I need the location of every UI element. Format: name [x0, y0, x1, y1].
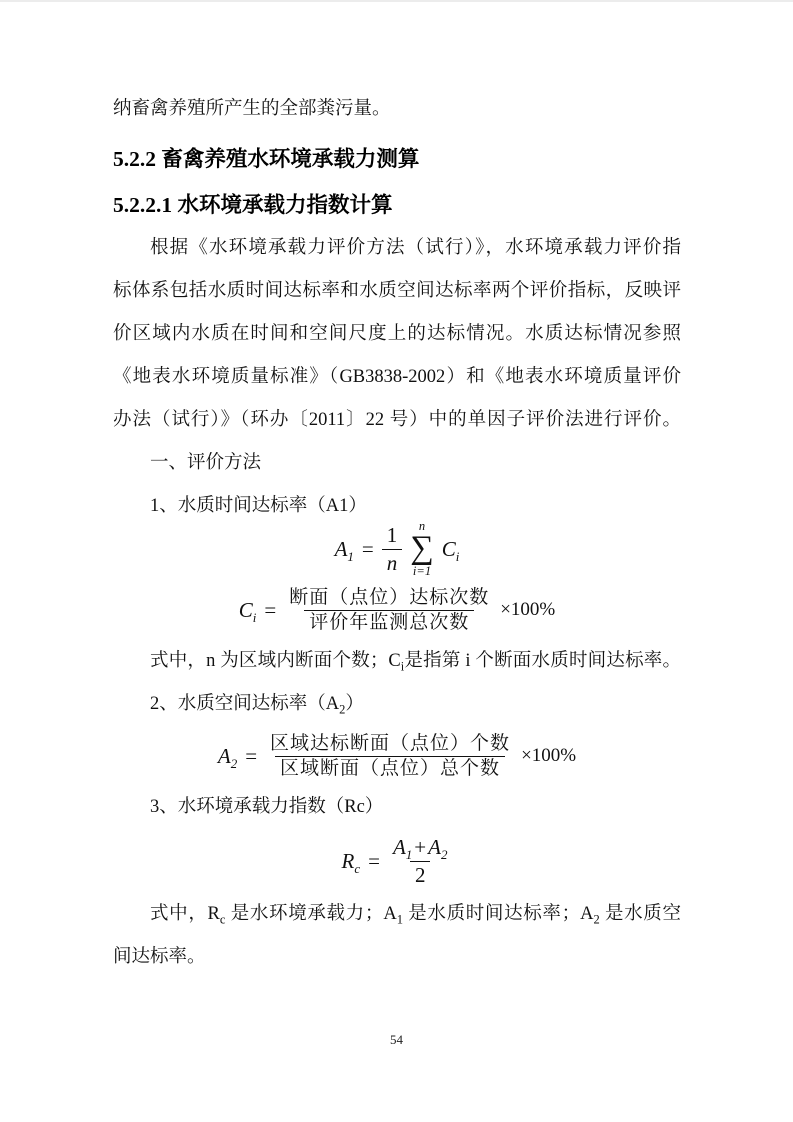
formula-note-ci: 式中，n 为区域内断面个数；Ci是指第 i 个断面水质时间达标率。 — [113, 640, 681, 683]
formula-rc-lhs: Rc — [342, 849, 361, 874]
fraction-a2: 区域达标断面（点位）个数 区域断面（点位）总个数 — [265, 732, 515, 781]
closing-line-1: 式中，Rc 是水环境承载力；A1 是水质时间达标率；A2 是水质空 — [113, 893, 681, 936]
formula-a1-lhs: A1 — [335, 537, 354, 562]
paragraph-line: 《地表水环境质量标准》（GB3838-2002）和《地表水环境质量评价 — [113, 356, 681, 399]
formula-a2: A2 = 区域达标断面（点位）个数 区域断面（点位）总个数 ×100% — [113, 726, 681, 786]
equals-sign: = — [243, 744, 259, 769]
section-heading-522: 5.2.2 畜禽养殖水环境承载力测算 — [113, 138, 681, 181]
formula-ci-lhs: Ci — [239, 598, 257, 623]
section-heading-5221: 5.2.2.1 水环境承载力指数计算 — [113, 184, 681, 227]
paragraph-line: 根据《水环境承载力评价方法（试行）》，水环境承载力评价指 — [113, 227, 681, 270]
formula-a1-term: Ci — [442, 537, 460, 562]
page-number: 54 — [0, 1032, 793, 1048]
paragraph-continuation: 纳畜禽养殖所产生的全部粪污量。 — [113, 88, 681, 131]
list-item-3: 3、水环境承载力指数（Rc） — [113, 786, 681, 829]
fraction-ci: 断面（点位）达标次数 评价年监测总次数 — [284, 586, 494, 635]
times-100-percent: ×100% — [521, 745, 576, 767]
document-page: 纳畜禽养殖所产生的全部粪污量。 5.2.2 畜禽养殖水环境承载力测算 5.2.2… — [0, 0, 793, 1122]
times-100-percent: ×100% — [500, 599, 555, 621]
equals-sign: = — [366, 849, 382, 874]
paragraph-line: 标体系包括水质时间达标率和水质空间达标率两个评价指标，反映评 — [113, 270, 681, 313]
method-header: 一、评价方法 — [113, 442, 681, 485]
list-item-2: 2、水质空间达标率（A2） — [113, 683, 681, 726]
equals-sign: = — [262, 598, 278, 623]
closing-line-2: 间达标率。 — [113, 936, 681, 979]
paragraph-line: 办法（试行）》（环办〔2011〕22 号）中的单因子评价法进行评价。 — [113, 399, 681, 442]
paragraph-line: 价区域内水质在时间和空间尺度上的达标情况。水质达标情况参照 — [113, 313, 681, 356]
summation-symbol: n ∑ i=1 — [410, 520, 434, 579]
formula-ci: Ci = 断面（点位）达标次数 评价年监测总次数 ×100% — [113, 580, 681, 640]
fraction-1-over-n: 1 n — [382, 522, 403, 576]
formula-a2-lhs: A2 — [218, 744, 237, 769]
equals-sign: = — [360, 537, 376, 562]
page-content: 纳畜禽养殖所产生的全部粪污量。 5.2.2 畜禽养殖水环境承载力测算 5.2.2… — [0, 2, 793, 979]
formula-rc: Rc = A1+A2 2 — [113, 829, 681, 893]
fraction-rc: A1+A2 2 — [388, 834, 453, 888]
